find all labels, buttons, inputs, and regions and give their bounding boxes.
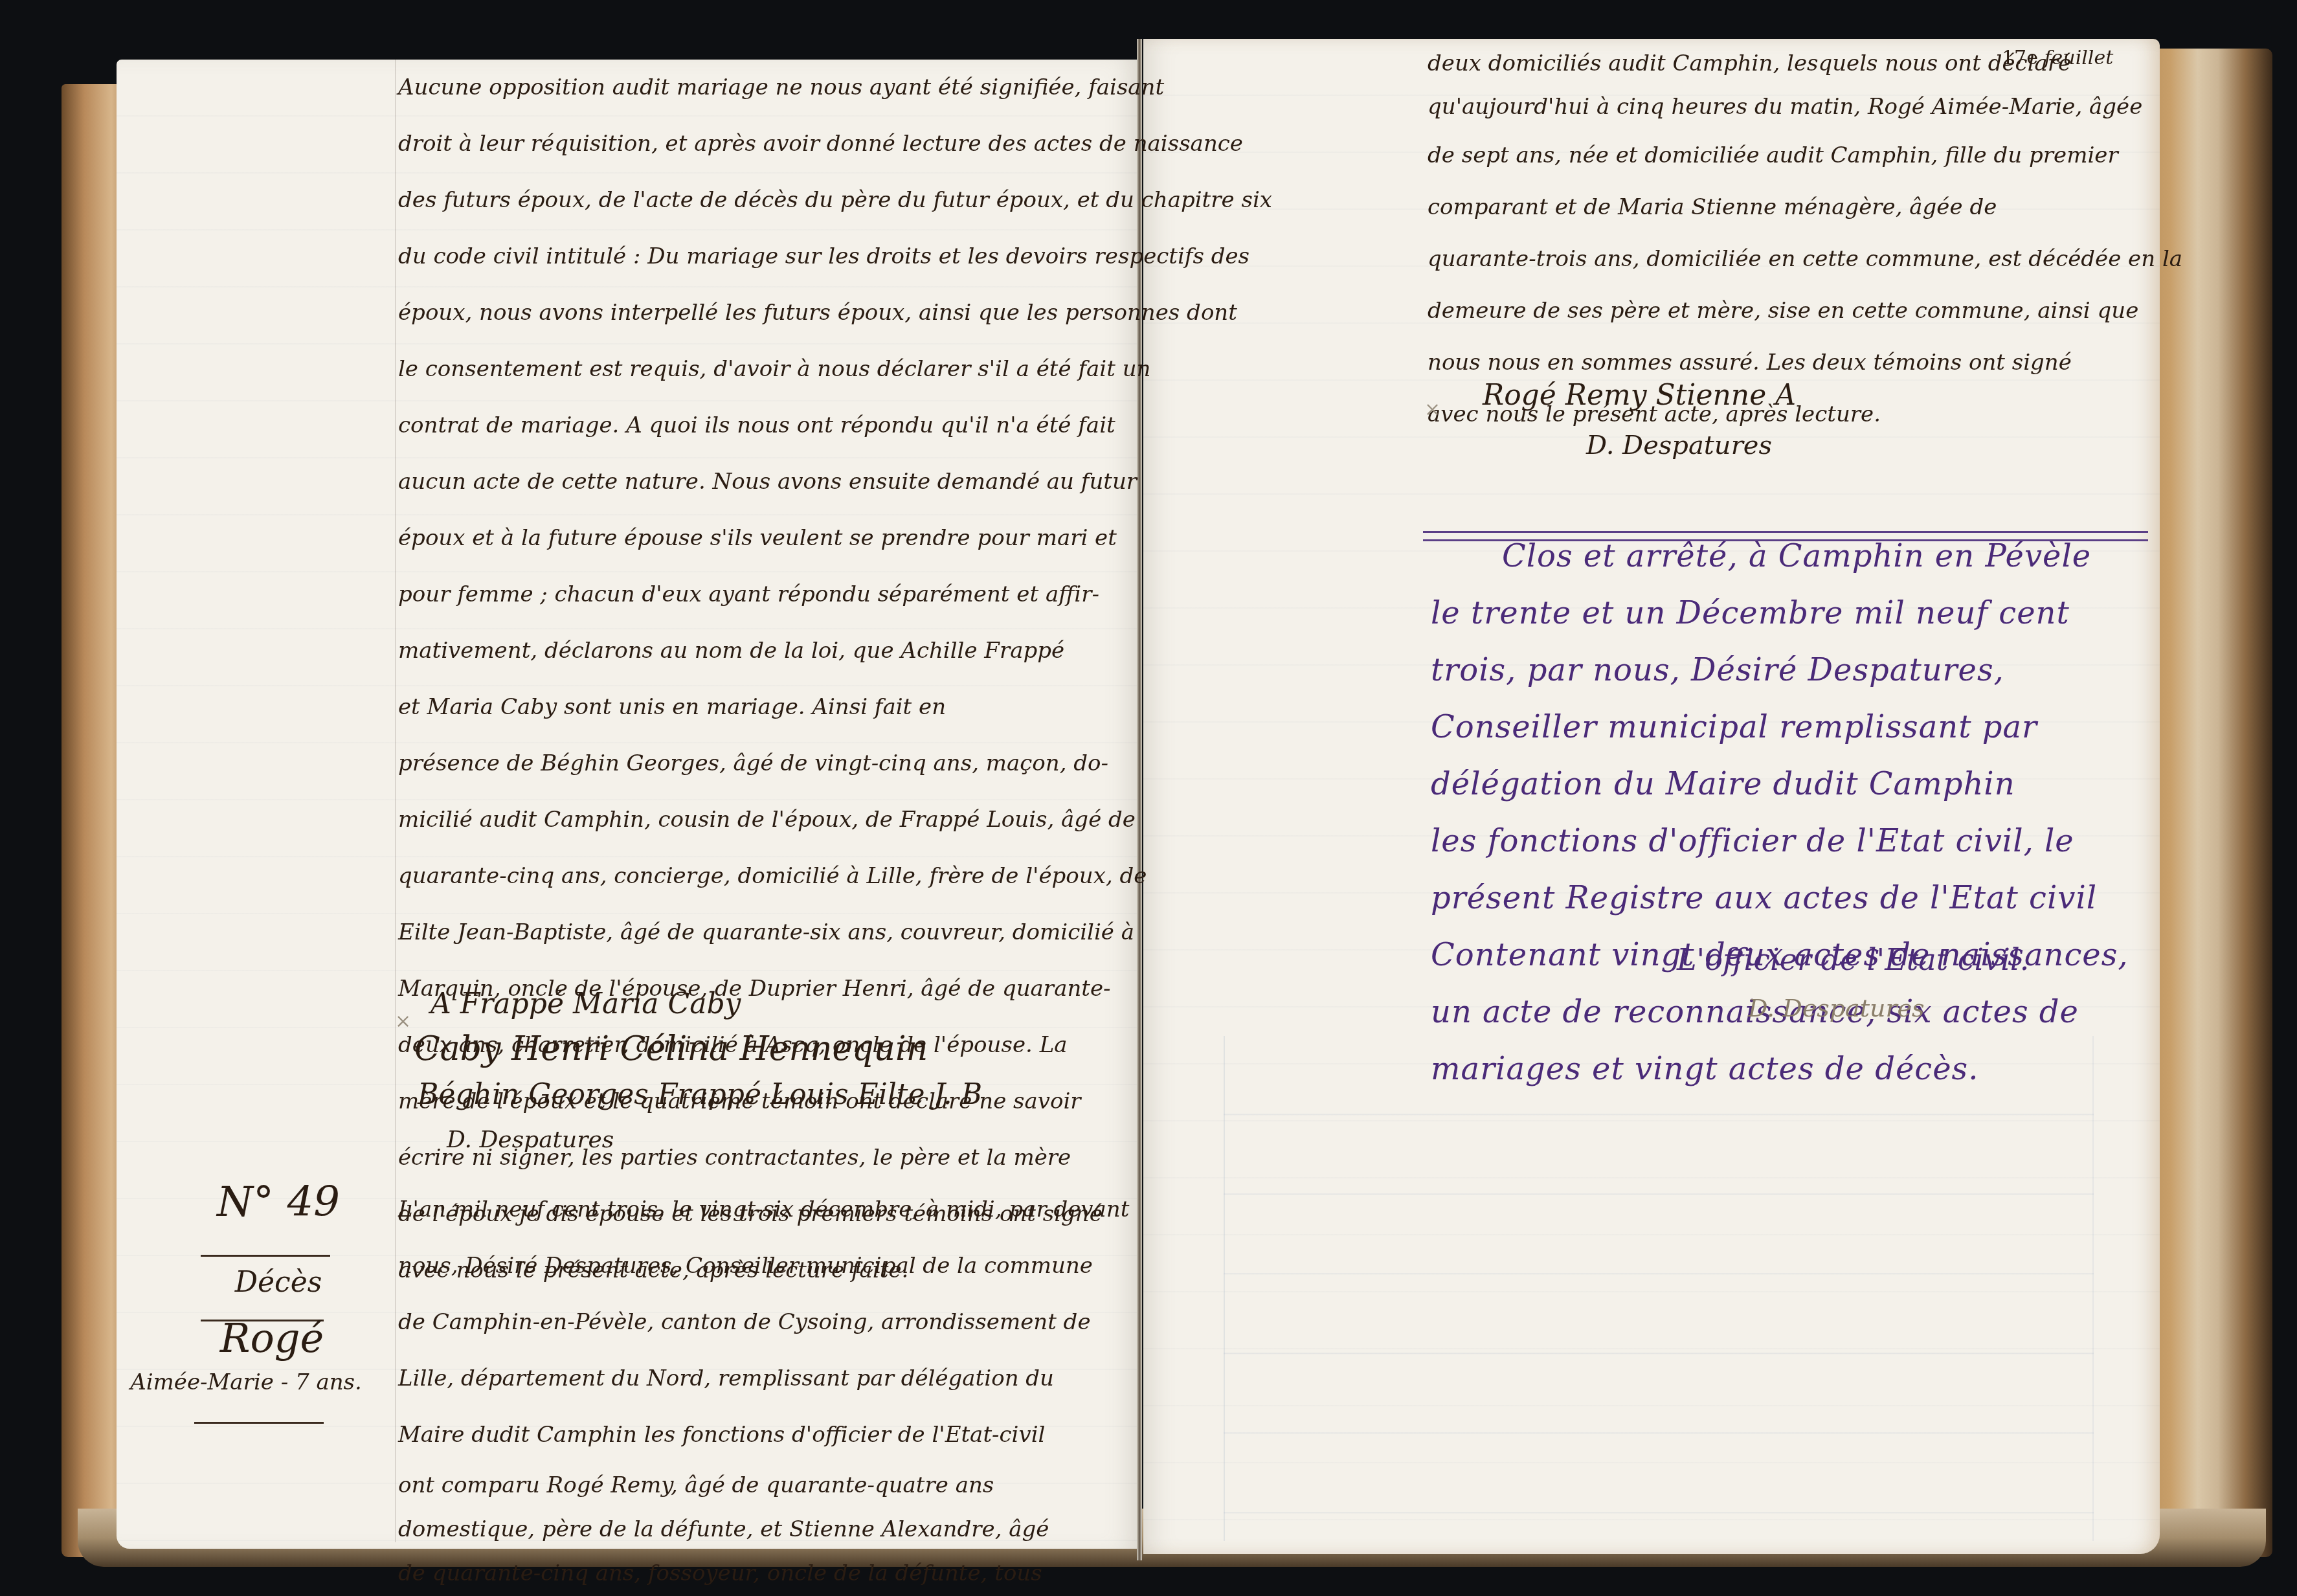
text-line: ont comparu Rogé Remy, âgé de quarante-q… — [398, 1463, 1129, 1507]
text-line: présence de Béghin Georges, âgé de vingt… — [398, 736, 1272, 792]
text-line: de Camphin-en-Pévèle, canton de Cysoing,… — [398, 1294, 1129, 1351]
text-line: L'an mil neuf cent trois, le vingt-six d… — [398, 1182, 1129, 1238]
closing-officer-title: L'officier de l'Etat civil. — [1677, 942, 2029, 977]
act-type: Décès — [194, 1266, 363, 1299]
text-line: Conseiller municipal remplissant par — [1431, 699, 2129, 756]
margin-divider — [194, 1422, 324, 1424]
text-line: des futurs époux, de l'acte de décès du … — [398, 172, 1272, 229]
text-line: pour femme ; chacun d'eux ayant répondu … — [398, 567, 1272, 623]
margin-divider — [201, 1255, 330, 1257]
text-line: le trente et un Décembre mil neuf cent — [1431, 585, 2129, 642]
signature-roge-remy-stienne: Rogé Remy Stienne A — [1483, 379, 1796, 412]
text-line: trois, par nous, Désiré Despatures, — [1431, 642, 2129, 699]
text-line: comparant et de Maria Stienne ménagère, … — [1428, 178, 2182, 230]
signature-beghin-frappe-eilte: Béghin Georges Frappé Louis Eilte J. B — [418, 1078, 982, 1111]
deceased-given-names-age: Aimée-Marie - 7 ans. — [104, 1369, 388, 1395]
text-line: quarante-cinq ans, concierge, domicilié … — [398, 848, 1272, 905]
text-line: et Maria Caby sont unis en mariage. Ains… — [398, 679, 1272, 736]
text-line: demeure de ses père et mère, sise en cet… — [1428, 282, 2182, 333]
text-line: de sept ans, née et domiciliée audit Cam… — [1428, 126, 2182, 178]
signature-caby-hennequin: Caby Henri Célina Hennequin — [414, 1029, 928, 1068]
text-line: micilié audit Camphin, cousin de l'époux… — [398, 792, 1272, 848]
text-line: qu'aujourd'hui à cinq heures du matin, R… — [1428, 74, 2182, 126]
text-line: quarante-trois ans, domiciliée en cette … — [1428, 230, 2182, 282]
text-line: aucun acte de cette nature. Nous avons e… — [398, 454, 1272, 510]
text-line: le consentement est requis, d'avoir à no… — [398, 341, 1272, 398]
text-line: époux, nous avons interpellé les futurs … — [398, 285, 1272, 341]
text-line: deux domiciliés audit Camphin, lesquels … — [1428, 27, 2182, 74]
marriage-act-text: Aucune opposition audit mariage ne nous … — [398, 60, 1272, 1299]
left-margin-rule — [395, 60, 396, 1542]
text-line: Maire dudit Camphin les fonctions d'offi… — [398, 1407, 1129, 1463]
text-line: Eilte Jean-Baptiste, âgé de quarante-six… — [398, 905, 1272, 961]
act-number: N° 49 — [194, 1178, 363, 1226]
text-line: domestique, père de la défunte, et Stien… — [398, 1507, 1129, 1551]
text-line: contrat de mariage. A quoi ils nous ont … — [398, 398, 1272, 454]
text-line: présent Registre aux actes de l'Etat civ… — [1431, 870, 2129, 927]
text-line: nous, Désiré Despatures, Conseiller muni… — [398, 1238, 1129, 1294]
text-line: nous nous en sommes assuré. Les deux tém… — [1428, 333, 2182, 385]
text-line: Lille, département du Nord, remplissant … — [398, 1351, 1129, 1407]
closing-signature: D. Despatures — [1748, 994, 1925, 1022]
death-act-continuation: deux domiciliés audit Camphin, lesquels … — [1428, 27, 2182, 437]
text-line: les fonctions d'officier de l'Etat civil… — [1431, 813, 2129, 870]
text-line: délégation du Maire dudit Camphin — [1431, 756, 2129, 813]
death-act-text-start: L'an mil neuf cent trois, le vingt-six d… — [398, 1182, 1129, 1595]
text-line: époux et à la future épouse s'ils veulen… — [398, 510, 1272, 567]
text-line: du code civil intitulé : Du mariage sur … — [398, 229, 1272, 285]
margin-cross-mark: × — [395, 1010, 411, 1033]
text-line: Clos et arrêté, à Camphin en Pévèle — [1431, 528, 2129, 585]
margin-cross-mark: × — [1424, 398, 1440, 421]
text-line: mativement, déclarons au nom de la loi, … — [398, 623, 1272, 679]
text-line: de quarante-cinq ans, fossoyeur, oncle d… — [398, 1551, 1129, 1595]
text-line: mariages et vingt actes de décès. — [1431, 1040, 2129, 1097]
signature-despatures: D. Despatures — [447, 1127, 614, 1153]
deceased-surname: Rogé — [188, 1314, 356, 1362]
signature-frappe-caby: A Frappé Maria Caby — [431, 987, 741, 1020]
text-line: droit à leur réquisition, et après avoir… — [398, 116, 1272, 172]
show-through-table — [1224, 1036, 2094, 1541]
signature-despatures: D. Despatures — [1586, 431, 1772, 460]
text-line: Aucune opposition audit mariage ne nous … — [398, 60, 1272, 116]
